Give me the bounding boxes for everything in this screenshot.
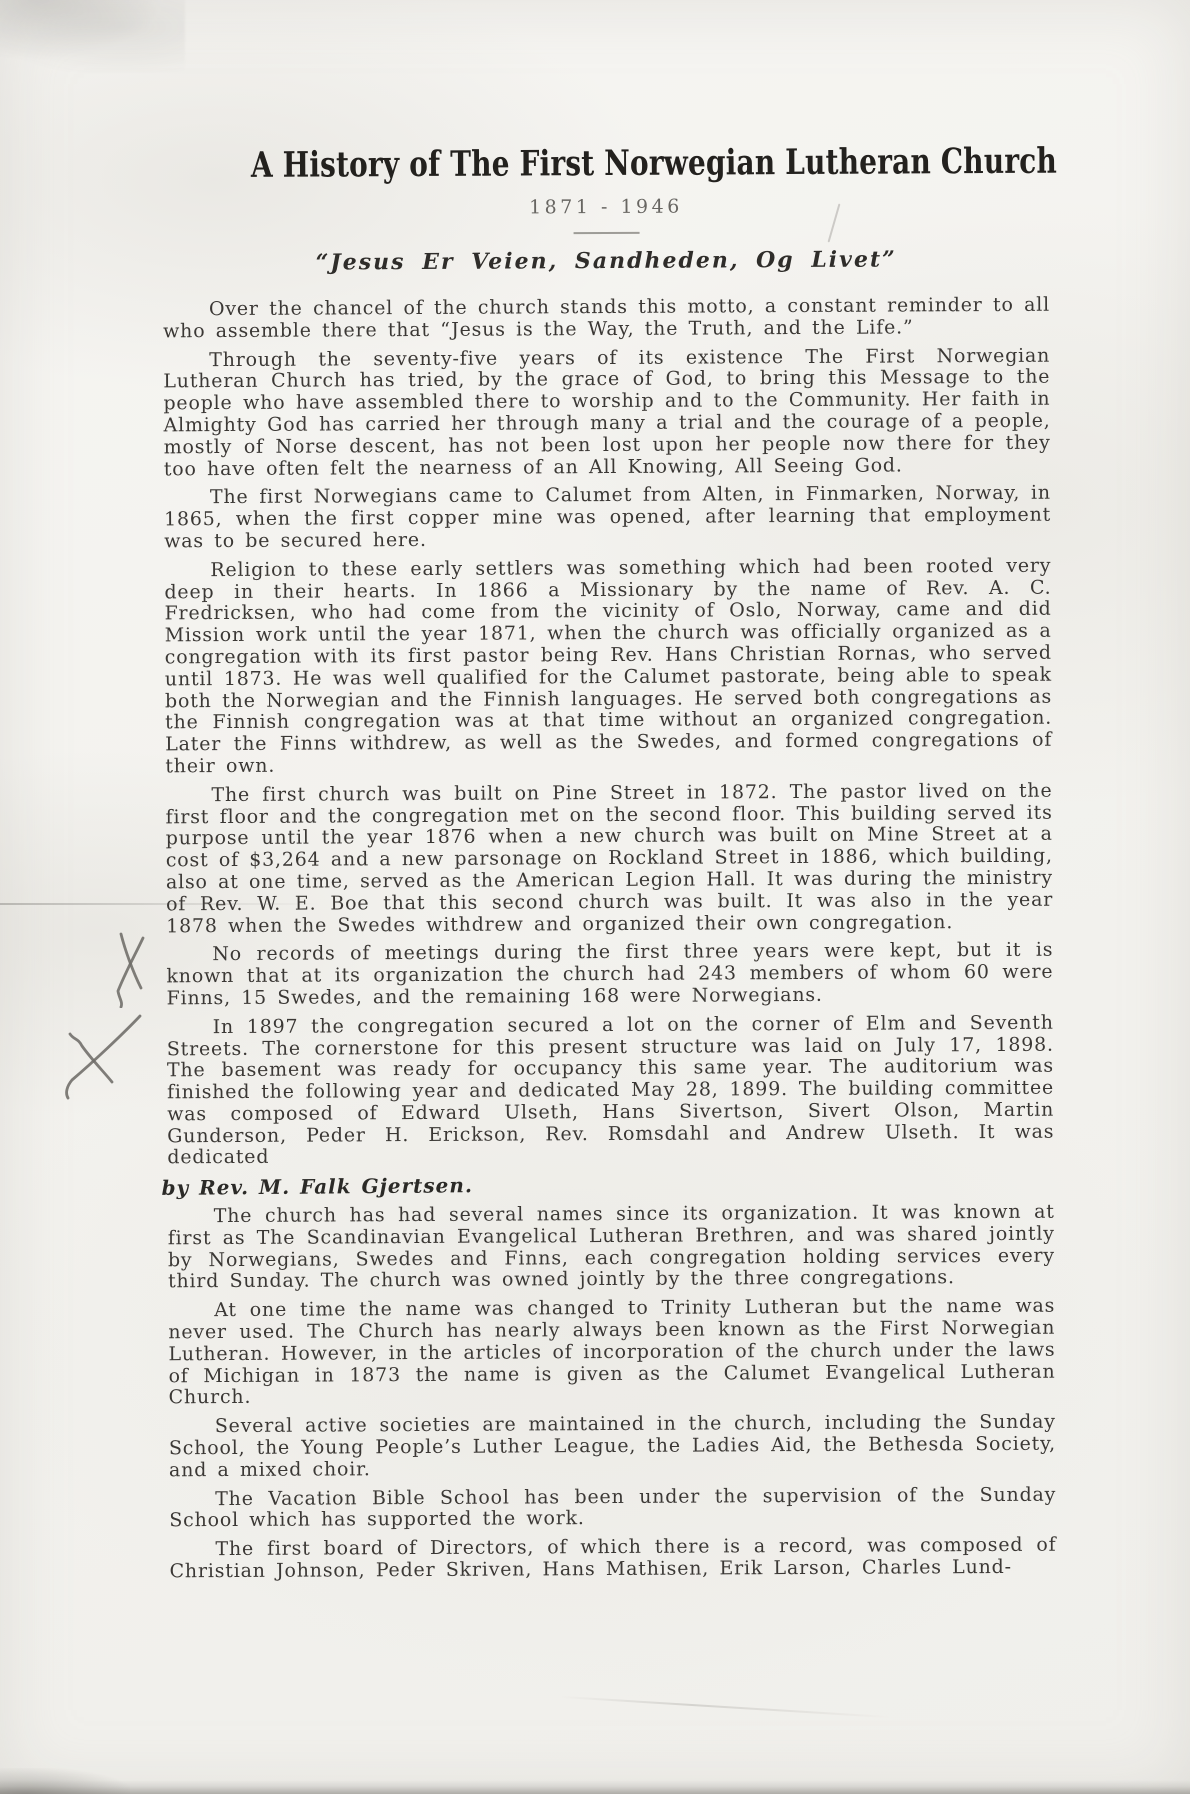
document-body: Over the chancel of the church stands th… xyxy=(163,295,1057,1583)
paragraph: In 1897 the congregation secured a lot o… xyxy=(167,1012,1055,1169)
document-motto: “Jesus Er Veien, Sandheden, Og Livet” xyxy=(163,246,1050,277)
paper-crease xyxy=(0,903,320,905)
paragraph: Over the chancel of the church stands th… xyxy=(163,295,1050,343)
pencil-x-mark xyxy=(52,1008,152,1103)
paper-crease xyxy=(560,1696,890,1718)
document-header: A History of The First Norwegian Luthera… xyxy=(161,0,1049,276)
paragraph: The first church was built on Pine Stree… xyxy=(165,780,1053,937)
paragraph: The first board of Directors, of which t… xyxy=(169,1535,1056,1583)
dedication-line: by Rev. M. Falk Gjertsen. xyxy=(161,1170,1054,1200)
paragraph: At one time the name was changed to Trin… xyxy=(168,1296,1056,1410)
document-title: A History of The First Norwegian Luthera… xyxy=(251,141,961,186)
paragraph: The Vacation Bible School has been under… xyxy=(169,1484,1056,1532)
paragraph: Through the seventy-five years of its ex… xyxy=(163,345,1051,480)
scanned-document-page: A History of The First Norwegian Luthera… xyxy=(0,0,1190,1794)
divider-rule xyxy=(573,232,639,234)
scan-smudge xyxy=(0,0,185,72)
document-content: A History of The First Norwegian Luthera… xyxy=(161,0,1056,1590)
paragraph: The first Norwegians came to Calumet fro… xyxy=(164,483,1051,553)
paragraph: The church has had several names since i… xyxy=(168,1202,1055,1294)
paragraph: Several active societies are maintained … xyxy=(169,1412,1056,1482)
paragraph: Religion to these early settlers was som… xyxy=(164,555,1052,778)
paragraph: No records of meetings during the first … xyxy=(166,940,1053,1010)
scan-edge-shadow xyxy=(0,1780,1190,1794)
document-years: 1871 - 1946 xyxy=(162,194,1049,221)
pencil-x-mark xyxy=(110,928,158,1008)
